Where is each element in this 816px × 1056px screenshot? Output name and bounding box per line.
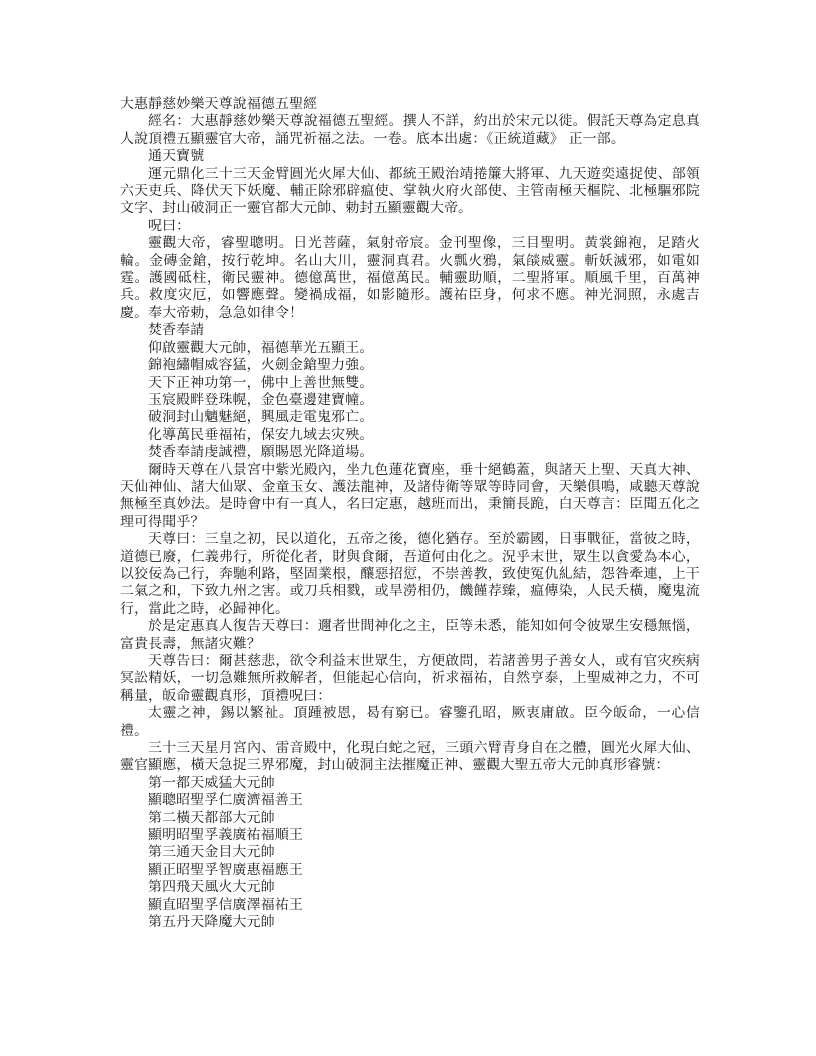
verse-line: 破洞封山魑魅絕，興風走電鬼邪亡。 [120, 409, 700, 426]
body-paragraph: 天尊告曰：爾甚慈悲，欲令利益末世眾生，方便啟問，若諸善男子善女人，或有官灾疾病冥… [120, 653, 700, 705]
verse-line: 焚香奉請虔誠禮，願賜恩光降道場。 [120, 444, 700, 461]
title-line: 顯直昭聖孚信廣澤福祐王 [120, 897, 700, 914]
title-line: 顯正昭聖孚智廣惠福應王 [120, 862, 700, 879]
verse-line: 錦袍繡帽威容猛，火劍金鎗聖力強。 [120, 357, 700, 374]
body-paragraph: 爾時天尊在八景宮中紫光殿內，坐九色蓮花寶座，垂十絕鶴蓋，與諸天上聖、天真大神、天… [120, 462, 700, 532]
title-line: 第四飛天風火大元帥 [120, 879, 700, 896]
title-line: 第二橫天都部大元帥 [120, 810, 700, 827]
section-heading-zhou: 呪曰： [120, 218, 700, 235]
section-heading-fenxiang: 焚香奉請 [120, 322, 700, 339]
title-line: 第五丹天降魔大元帥 [120, 914, 700, 931]
body-paragraph: 天尊曰：三皇之初，民以道化，五帝之後，德化猶存。至於霸國，日事戰征，當彼之時，道… [120, 531, 700, 618]
document-title: 大惠靜慈妙樂天尊說福德五聖經 [120, 96, 700, 113]
body-paragraph: 太靈之神，錫以繁祉。頂踵被恩，曷有窮已。睿鑒孔昭，厥衷庸啟。臣今皈命，一心信禮。 [120, 705, 700, 740]
verse-line: 仰啟靈觀大元帥，福德華光五顯王。 [120, 340, 700, 357]
title-line: 第三通天金目大元帥 [120, 844, 700, 861]
title-line: 第一都天威猛大元帥 [120, 775, 700, 792]
intro-paragraph: 經名：大惠靜慈妙樂天尊說福德五聖經。撰人不詳，約出於宋元以徙。假託天尊為定息真人… [120, 113, 700, 148]
zhou-paragraph: 靈觀大帝，睿聖聰明。日光菩薩，氣射帝宸。金刊聖像，三目聖明。黃裳錦袍，足踏火輪。… [120, 235, 700, 322]
verse-line: 玉宸殿畔登珠幌，金色臺邊建寶幢。 [120, 392, 700, 409]
verse-line: 天下正神功第一，佛中上善世無雙。 [120, 375, 700, 392]
verse-line: 化導萬民垂福祐，保安九域去灾殃。 [120, 427, 700, 444]
title-line: 顯聰昭聖孚仁廣濟福善王 [120, 792, 700, 809]
section-heading-tongtian: 通天寶號 [120, 148, 700, 165]
title-line: 顯明昭聖孚義廣祐福順王 [120, 827, 700, 844]
tongtian-paragraph: 運元鼎化三十三天金臂圓光火犀大仙、都統王殿治靖捲簾大將軍、九天遊奕遠捉使、部領六… [120, 166, 700, 218]
document-page: 大惠靜慈妙樂天尊說福德五聖經 經名：大惠靜慈妙樂天尊說福德五聖經。撰人不詳，約出… [120, 96, 700, 932]
body-paragraph: 三十三天星月宮內、雷音殿中，化現白蛇之冠，三頭六臂青身自在之體，圓光火犀大仙、靈… [120, 740, 700, 775]
body-paragraph: 於是定惠真人復告天尊曰：邇者世間神化之主，臣等未悉，能知如何令彼眾生安穩無惱，富… [120, 618, 700, 653]
